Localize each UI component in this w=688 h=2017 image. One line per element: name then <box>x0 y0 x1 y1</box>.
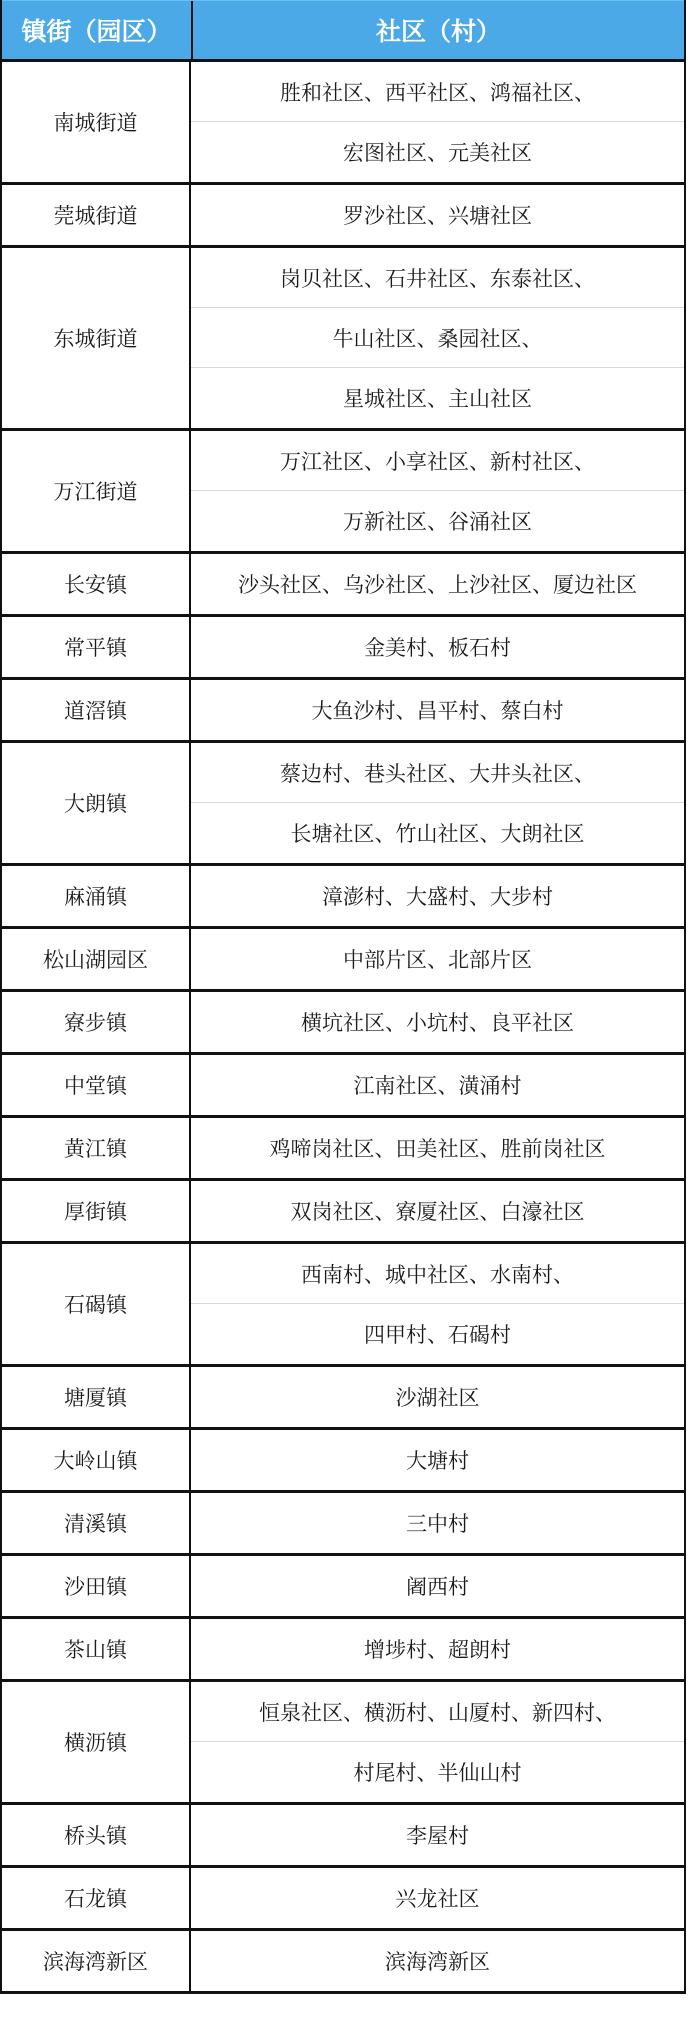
town-cell: 大朗镇 <box>2 743 191 863</box>
town-cell: 清溪镇 <box>2 1493 191 1553</box>
community-cell: 鸡啼岗社区、田美社区、胜前岗社区 <box>191 1118 684 1178</box>
table-row: 横沥镇恒泉社区、横沥村、山厦村、新四村、村尾村、半仙山村 <box>2 1682 684 1805</box>
community-cell: 横坑社区、小坑村、良平社区 <box>191 992 684 1052</box>
table-row: 大岭山镇大塘村 <box>2 1430 684 1493</box>
community-line: 恒泉社区、横沥村、山厦村、新四村、 <box>191 1682 684 1742</box>
community-cell: 兴龙社区 <box>191 1868 684 1928</box>
community-cell: 阇西村 <box>191 1556 684 1616</box>
town-cell: 厚街镇 <box>2 1181 191 1241</box>
community-line: 阇西村 <box>191 1556 684 1616</box>
town-community-table: 镇街（园区） 社区（村） 南城街道胜和社区、西平社区、鸿福社区、宏图社区、元美社… <box>0 0 686 1994</box>
community-cell: 胜和社区、西平社区、鸿福社区、宏图社区、元美社区 <box>191 62 684 182</box>
town-cell: 中堂镇 <box>2 1055 191 1115</box>
header-community: 社区（村） <box>193 1 684 59</box>
table-row: 道滘镇大鱼沙村、昌平村、蔡白村 <box>2 680 684 743</box>
table-row: 寮步镇横坑社区、小坑村、良平社区 <box>2 992 684 1055</box>
table-row: 石龙镇兴龙社区 <box>2 1868 684 1931</box>
header-town: 镇街（园区） <box>2 1 193 59</box>
table-row: 黄江镇鸡啼岗社区、田美社区、胜前岗社区 <box>2 1118 684 1181</box>
community-line: 大塘村 <box>191 1430 684 1490</box>
town-cell: 桥头镇 <box>2 1805 191 1865</box>
community-line: 万江社区、小享社区、新村社区、 <box>191 431 684 491</box>
community-line: 三中村 <box>191 1493 684 1553</box>
community-cell: 双岗社区、寮厦社区、白濠社区 <box>191 1181 684 1241</box>
table-row: 万江街道万江社区、小享社区、新村社区、万新社区、谷涌社区 <box>2 431 684 554</box>
community-line: 鸡啼岗社区、田美社区、胜前岗社区 <box>191 1118 684 1178</box>
community-cell: 三中村 <box>191 1493 684 1553</box>
table-row: 中堂镇江南社区、潢涌村 <box>2 1055 684 1118</box>
community-line: 蔡边村、巷头社区、大井头社区、 <box>191 743 684 803</box>
community-line: 漳澎村、大盛村、大步村 <box>191 866 684 926</box>
community-line: 江南社区、潢涌村 <box>191 1055 684 1115</box>
town-cell: 茶山镇 <box>2 1619 191 1679</box>
table-row: 厚街镇双岗社区、寮厦社区、白濠社区 <box>2 1181 684 1244</box>
community-line: 中部片区、北部片区 <box>191 929 684 989</box>
community-cell: 沙头社区、乌沙社区、上沙社区、厦边社区 <box>191 554 684 614</box>
community-cell: 金美村、板石村 <box>191 617 684 677</box>
community-line: 横坑社区、小坑村、良平社区 <box>191 992 684 1052</box>
community-line: 大鱼沙村、昌平村、蔡白村 <box>191 680 684 740</box>
community-line: 胜和社区、西平社区、鸿福社区、 <box>191 62 684 122</box>
community-cell: 增埗村、超朗村 <box>191 1619 684 1679</box>
table-row: 松山湖园区中部片区、北部片区 <box>2 929 684 992</box>
community-line: 村尾村、半仙山村 <box>191 1742 684 1802</box>
table-row: 南城街道胜和社区、西平社区、鸿福社区、宏图社区、元美社区 <box>2 62 684 185</box>
community-line: 兴龙社区 <box>191 1868 684 1928</box>
town-cell: 大岭山镇 <box>2 1430 191 1490</box>
town-cell: 道滘镇 <box>2 680 191 740</box>
town-cell: 莞城街道 <box>2 185 191 245</box>
town-cell: 黄江镇 <box>2 1118 191 1178</box>
town-cell: 横沥镇 <box>2 1682 191 1802</box>
town-cell: 长安镇 <box>2 554 191 614</box>
community-line: 长塘社区、竹山社区、大朗社区 <box>191 803 684 863</box>
community-line: 李屋村 <box>191 1805 684 1865</box>
table-row: 石碣镇西南村、城中社区、水南村、四甲村、石碣村 <box>2 1244 684 1367</box>
community-line: 双岗社区、寮厦社区、白濠社区 <box>191 1181 684 1241</box>
community-line: 宏图社区、元美社区 <box>191 122 684 182</box>
community-line: 四甲村、石碣村 <box>191 1304 684 1364</box>
community-line: 增埗村、超朗村 <box>191 1619 684 1679</box>
town-cell: 常平镇 <box>2 617 191 677</box>
town-cell: 石碣镇 <box>2 1244 191 1364</box>
town-cell: 寮步镇 <box>2 992 191 1052</box>
community-cell: 万江社区、小享社区、新村社区、万新社区、谷涌社区 <box>191 431 684 551</box>
town-cell: 东城街道 <box>2 248 191 428</box>
community-line: 罗沙社区、兴塘社区 <box>191 185 684 245</box>
community-cell: 李屋村 <box>191 1805 684 1865</box>
table-row: 东城街道岗贝社区、石井社区、东泰社区、牛山社区、桑园社区、星城社区、主山社区 <box>2 248 684 431</box>
town-cell: 滨海湾新区 <box>2 1931 191 1991</box>
community-line: 岗贝社区、石井社区、东泰社区、 <box>191 248 684 308</box>
community-line: 金美村、板石村 <box>191 617 684 677</box>
table-row: 茶山镇增埗村、超朗村 <box>2 1619 684 1682</box>
town-cell: 沙田镇 <box>2 1556 191 1616</box>
community-cell: 西南村、城中社区、水南村、四甲村、石碣村 <box>191 1244 684 1364</box>
table-row: 麻涌镇漳澎村、大盛村、大步村 <box>2 866 684 929</box>
community-cell: 岗贝社区、石井社区、东泰社区、牛山社区、桑园社区、星城社区、主山社区 <box>191 248 684 428</box>
community-cell: 恒泉社区、横沥村、山厦村、新四村、村尾村、半仙山村 <box>191 1682 684 1802</box>
community-line: 万新社区、谷涌社区 <box>191 491 684 551</box>
table-row: 大朗镇蔡边村、巷头社区、大井头社区、长塘社区、竹山社区、大朗社区 <box>2 743 684 866</box>
community-cell: 漳澎村、大盛村、大步村 <box>191 866 684 926</box>
town-cell: 石龙镇 <box>2 1868 191 1928</box>
table-row: 常平镇金美村、板石村 <box>2 617 684 680</box>
community-cell: 沙湖社区 <box>191 1367 684 1427</box>
town-cell: 南城街道 <box>2 62 191 182</box>
town-cell: 松山湖园区 <box>2 929 191 989</box>
town-cell: 麻涌镇 <box>2 866 191 926</box>
table-row: 沙田镇阇西村 <box>2 1556 684 1619</box>
table-header: 镇街（园区） 社区（村） <box>2 0 684 62</box>
table-row: 长安镇沙头社区、乌沙社区、上沙社区、厦边社区 <box>2 554 684 617</box>
community-cell: 罗沙社区、兴塘社区 <box>191 185 684 245</box>
community-line: 西南村、城中社区、水南村、 <box>191 1244 684 1304</box>
community-cell: 大鱼沙村、昌平村、蔡白村 <box>191 680 684 740</box>
community-cell: 滨海湾新区 <box>191 1931 684 1991</box>
community-line: 沙头社区、乌沙社区、上沙社区、厦边社区 <box>191 554 684 614</box>
table-row: 桥头镇李屋村 <box>2 1805 684 1868</box>
table-row: 塘厦镇沙湖社区 <box>2 1367 684 1430</box>
community-line: 星城社区、主山社区 <box>191 368 684 428</box>
town-cell: 万江街道 <box>2 431 191 551</box>
community-cell: 江南社区、潢涌村 <box>191 1055 684 1115</box>
community-cell: 大塘村 <box>191 1430 684 1490</box>
community-line: 牛山社区、桑园社区、 <box>191 308 684 368</box>
town-cell: 塘厦镇 <box>2 1367 191 1427</box>
community-line: 沙湖社区 <box>191 1367 684 1427</box>
community-cell: 中部片区、北部片区 <box>191 929 684 989</box>
table-row: 滨海湾新区滨海湾新区 <box>2 1931 684 1991</box>
community-line: 滨海湾新区 <box>191 1931 684 1991</box>
table-row: 莞城街道罗沙社区、兴塘社区 <box>2 185 684 248</box>
community-cell: 蔡边村、巷头社区、大井头社区、长塘社区、竹山社区、大朗社区 <box>191 743 684 863</box>
table-row: 清溪镇三中村 <box>2 1493 684 1556</box>
table-body: 南城街道胜和社区、西平社区、鸿福社区、宏图社区、元美社区莞城街道罗沙社区、兴塘社… <box>2 62 684 1991</box>
